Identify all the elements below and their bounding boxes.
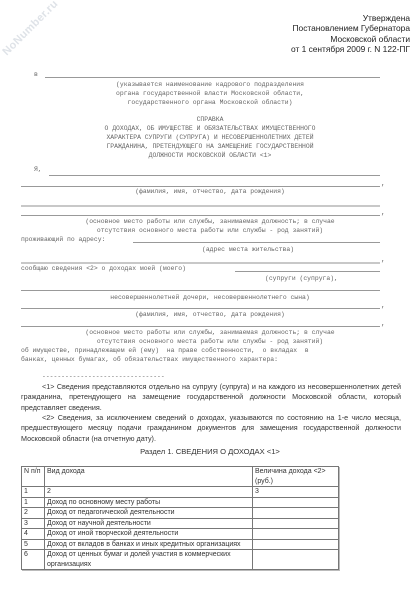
income-value[interactable] <box>253 529 339 540</box>
work-hint: (основное место работы или службы, заним… <box>0 217 420 226</box>
table-row: 4 Доход от иной творческой деятельности <box>22 529 339 540</box>
income-type: Доход от вкладов в банках и иных кредитн… <box>45 539 253 550</box>
to-prefix: в <box>34 70 38 79</box>
fio-hint: (фамилия, имя, отчество, дата рождения) <box>0 187 420 196</box>
income-value[interactable] <box>253 550 339 570</box>
header-cell: N п/п <box>22 467 45 487</box>
income-type: Доход от педагогической деятельности <box>45 508 253 519</box>
numbering-cell: 2 <box>45 487 253 498</box>
document-subtitle: О ДОХОДАХ, ОБ ИМУЩЕСТВЕ И ОБЯЗАТЕЛЬСТВАХ… <box>0 124 420 133</box>
document-subtitle: ДОЛЖНОСТИ МОСКОВСКОЙ ОБЛАСТИ <1> <box>0 151 420 160</box>
relative-field-line-2[interactable] <box>21 290 380 291</box>
row-number: 1 <box>22 497 45 508</box>
income-type: Доход от иной творческой деятельности <box>45 529 253 540</box>
spouse-hint: (супруги (супруга), <box>265 274 338 283</box>
table-numbering-row: 1 2 3 <box>22 487 339 498</box>
comma: , <box>381 209 385 217</box>
table-row: 1 Доход по основному месту работы <box>22 497 339 508</box>
table-row: 3 Доход от научной деятельности <box>22 518 339 529</box>
work-hint-2: (основное место работы или службы, заним… <box>0 328 420 337</box>
row-number: 4 <box>22 529 45 540</box>
footnote-1: <1> Сведения представляются отдельно на … <box>21 382 401 413</box>
property-text: банках, ценных бумагах, об обязательства… <box>21 355 278 364</box>
approval-line: Постановлением Губернатора <box>291 23 410 33</box>
footnote-2: <2> Сведения, за исключением сведений о … <box>21 413 401 444</box>
row-number: 6 <box>22 550 45 570</box>
work-hint: отсутствия основного места работы или сл… <box>0 226 420 235</box>
header-cell: Вид дохода <box>45 467 253 487</box>
to-field-line[interactable] <box>45 77 380 78</box>
children-hint: несовершеннолетней дочери, несовершеннол… <box>0 293 420 302</box>
address-field-line[interactable] <box>133 242 380 243</box>
document-subtitle: ГРАЖДАНИНА, ПРЕТЕНДУЮЩЕГО НА ЗАМЕЩЕНИЕ Г… <box>0 142 420 151</box>
approval-line: Утверждена <box>291 13 410 23</box>
table-header-row: N п/п Вид дохода Величина дохода <2> (ру… <box>22 467 339 487</box>
income-type: Доход по основному месту работы <box>45 497 253 508</box>
approval-block: Утверждена Постановлением Губернатора Мо… <box>291 13 410 54</box>
relative-field-line[interactable] <box>235 271 380 272</box>
numbering-cell: 1 <box>22 487 45 498</box>
relative-work-field-line[interactable] <box>21 326 380 327</box>
i-prefix: Я, <box>34 165 42 174</box>
work-field-line-2[interactable] <box>21 215 380 216</box>
income-value[interactable] <box>253 508 339 519</box>
table-row: 6 Доход от ценных бумаг и долей участия … <box>22 550 339 570</box>
footnote-separator: -------------------------------- <box>42 372 165 381</box>
row-number: 3 <box>22 518 45 529</box>
section-title: Раздел 1. СВЕДЕНИЯ О ДОХОДАХ <1> <box>0 447 420 456</box>
income-value[interactable] <box>253 539 339 550</box>
comma: , <box>381 302 385 310</box>
comma: , <box>381 256 385 264</box>
watermark: NoNumber.ru <box>0 0 60 58</box>
row-number: 2 <box>22 508 45 519</box>
comma: , <box>381 320 385 328</box>
income-table: N п/п Вид дохода Величина дохода <2> (ру… <box>21 466 339 570</box>
report-label: сообщаю сведения <2> о доходах моей (мое… <box>21 264 186 273</box>
fio-hint-2: (фамилия, имя, отчество, дата рождения) <box>0 310 420 319</box>
approval-line: от 1 сентября 2009 г. N 122-ПГ <box>291 44 410 54</box>
row-number: 5 <box>22 539 45 550</box>
work-hint-2: отсутствия основного места работы или сл… <box>0 337 420 346</box>
to-hint: государственного органа Московской облас… <box>0 98 420 107</box>
numbering-cell: 3 <box>253 487 339 498</box>
approval-line: Московской области <box>291 34 410 44</box>
document-title: СПРАВКА <box>0 115 420 124</box>
work-field-line[interactable] <box>21 205 380 207</box>
address-label: проживающий по адресу: <box>21 235 105 244</box>
name-field-line[interactable] <box>49 175 380 176</box>
property-text: об имуществе, принадлежащем ей (ему) на … <box>21 346 309 355</box>
table-row: 5 Доход от вкладов в банках и иных креди… <box>22 539 339 550</box>
address-hint: (адрес места жительства) <box>202 245 294 254</box>
to-hint: органа государственной власти Московской… <box>0 89 420 98</box>
header-cell: Величина дохода <2> (руб.) <box>253 467 339 487</box>
relative-name-field-line[interactable] <box>21 308 380 309</box>
table-row: 2 Доход от педагогической деятельности <box>22 508 339 519</box>
income-value[interactable] <box>253 497 339 508</box>
income-value[interactable] <box>253 518 339 529</box>
to-hint: (указывается наименование кадрового подр… <box>0 80 420 89</box>
income-type: Доход от научной деятельности <box>45 518 253 529</box>
income-type: Доход от ценных бумаг и долей участия в … <box>45 550 253 570</box>
document-subtitle: ХАРАКТЕРА СУПРУГИ (СУПРУГА) И НЕСОВЕРШЕН… <box>0 133 420 142</box>
